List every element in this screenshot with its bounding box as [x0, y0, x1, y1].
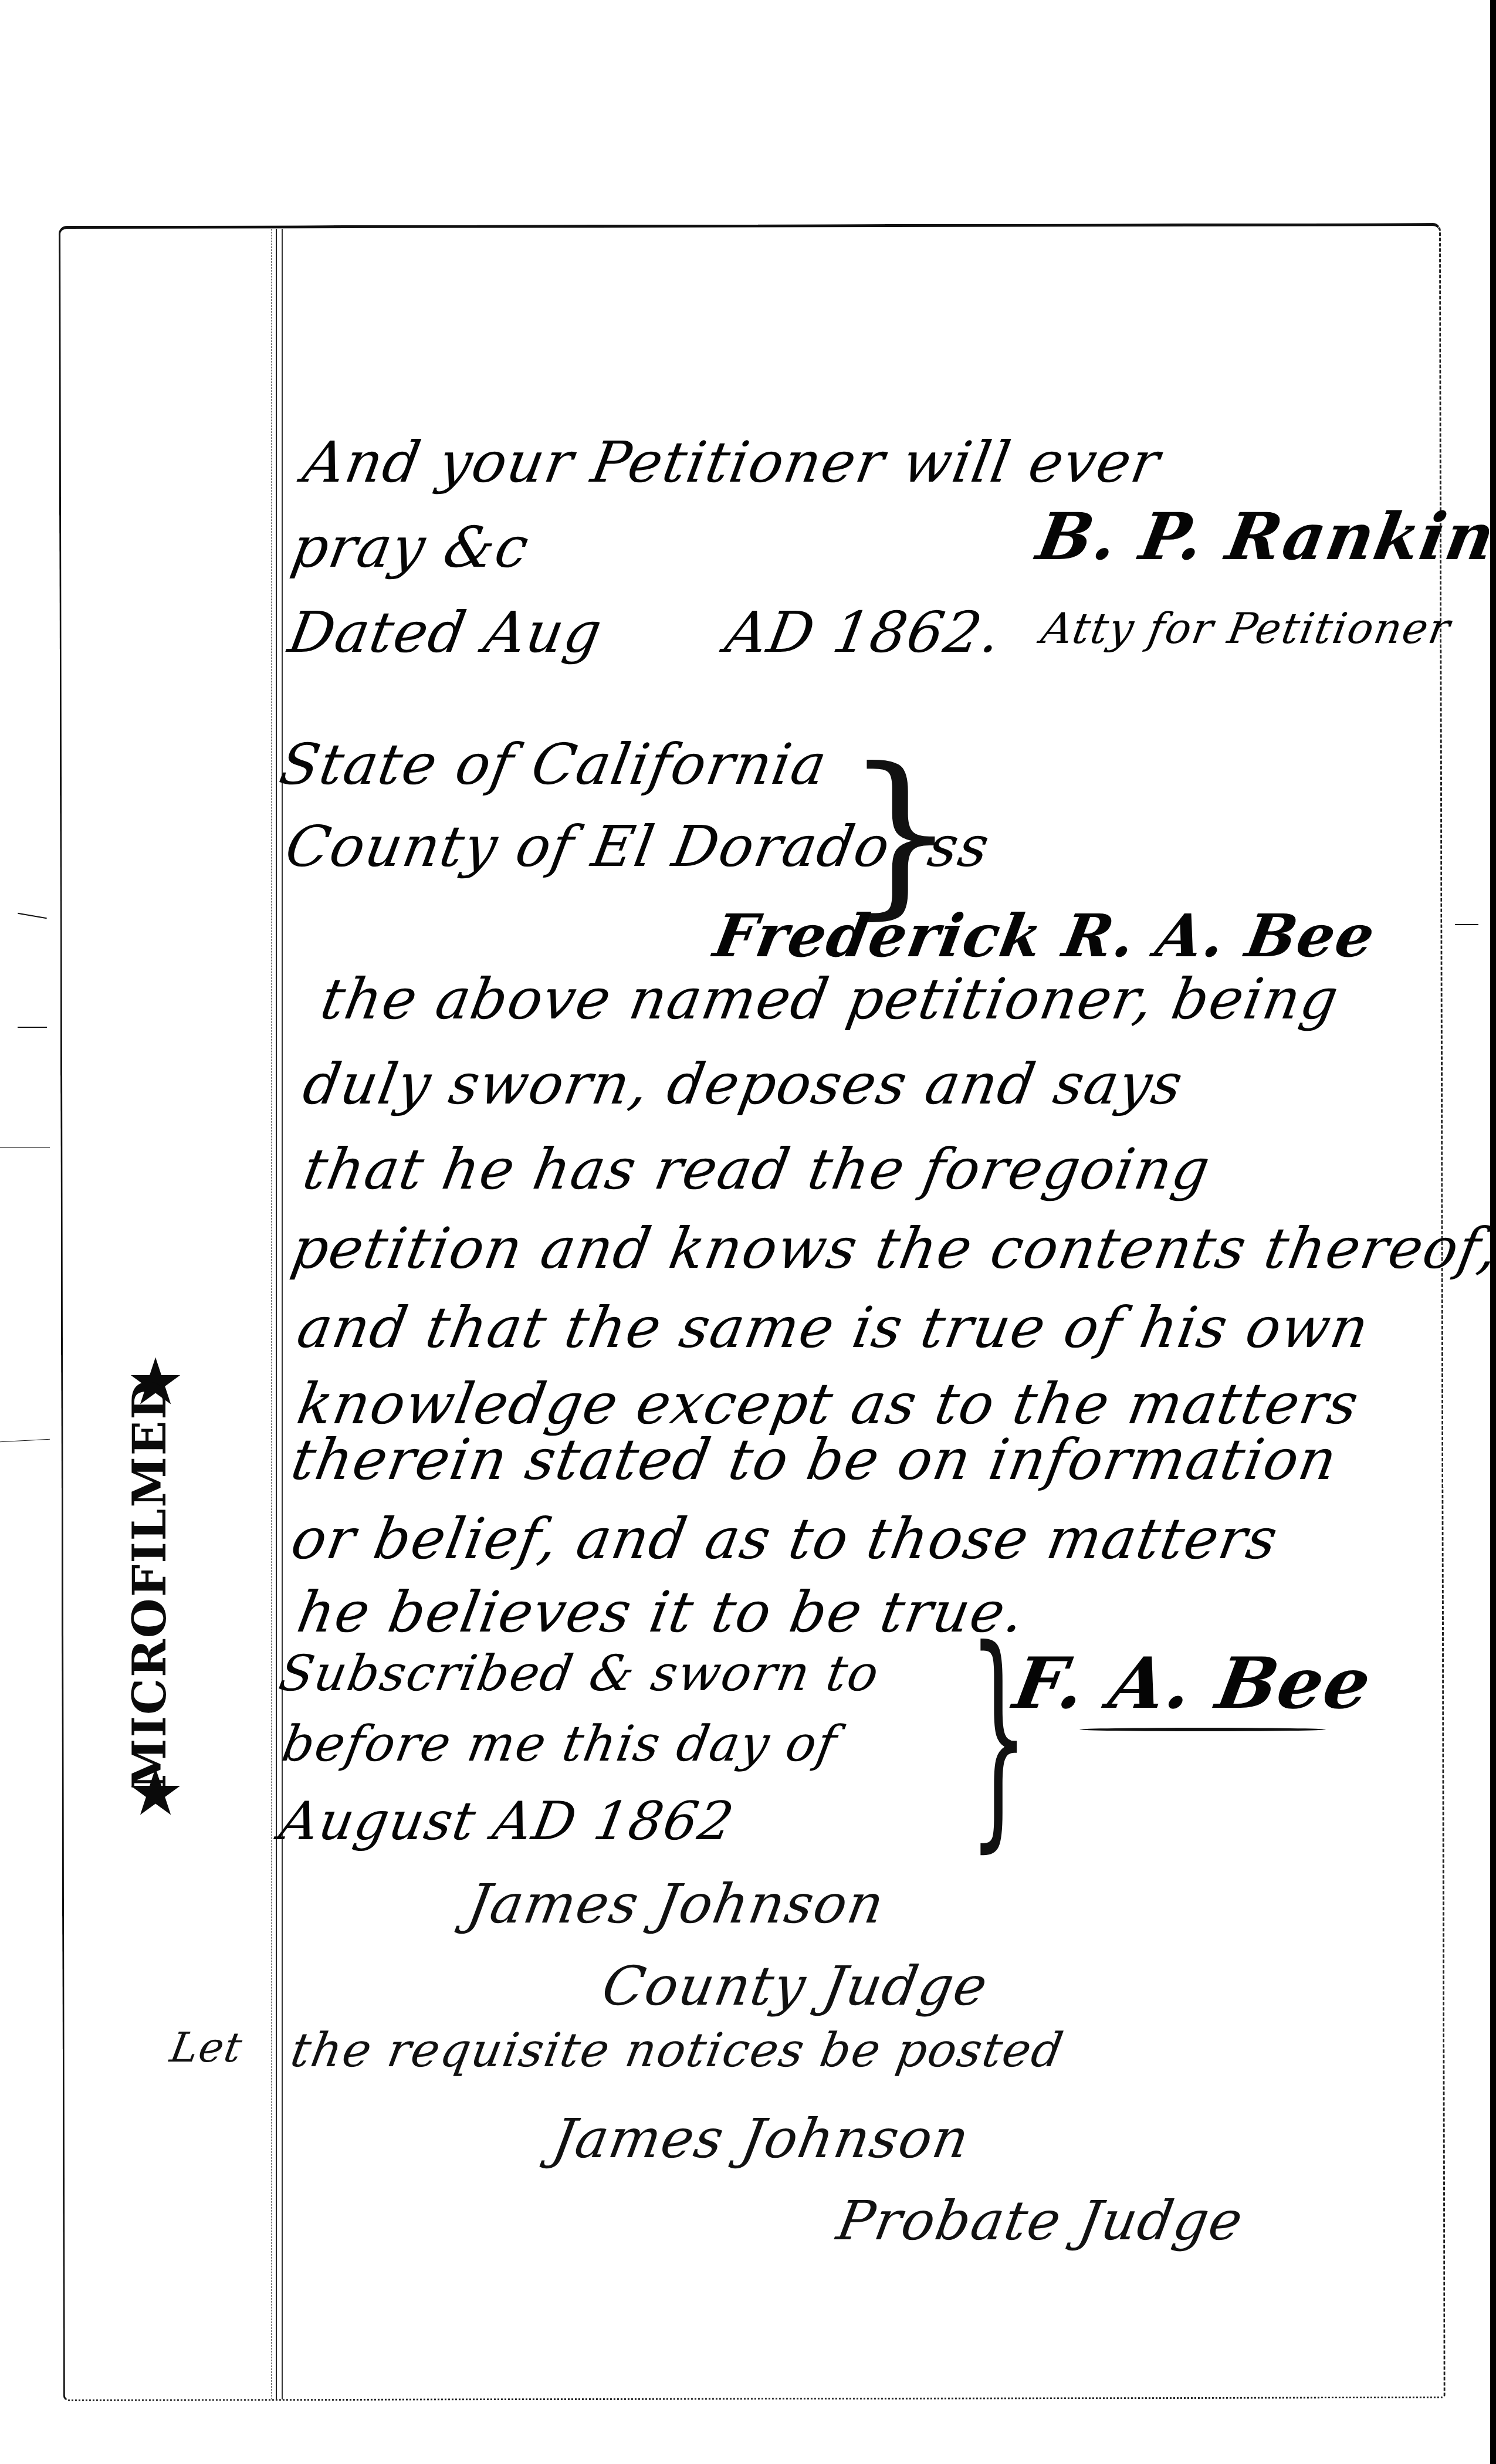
stray-mark [1455, 924, 1478, 925]
judge-name: James Johnson [549, 2112, 974, 2166]
affidavit-line: he believes it to be true. [293, 1584, 1029, 1640]
microfilm-stamp: ★ MICROFILMED ★ [111, 1373, 188, 1795]
attorney-title: Atty for Petitioner [1038, 607, 1454, 649]
affidavit-line: and that the same is true of his own [293, 1299, 1373, 1356]
affidavit-line: knowledge except as to the matters [293, 1376, 1363, 1432]
star-icon: ★ [123, 1760, 188, 1825]
affiant-name: Frederick R. A. Bee [710, 906, 1380, 965]
officer-name: James Johnson [463, 1877, 889, 1931]
judge-title: Probate Judge [833, 2194, 1247, 2248]
order-prefix: Let [167, 2027, 246, 2068]
affidavit-line: or belief, and as to those matters [287, 1511, 1282, 1567]
venue-ss: ss [924, 818, 994, 875]
jurat-brace: } [969, 1619, 1028, 1854]
affidavit-line: therein stated to be on information [287, 1431, 1342, 1488]
margin-rule-inner [271, 229, 272, 2399]
signature-underline [1079, 1728, 1326, 1731]
affidavit-line: duly sworn, deposes and says [299, 1056, 1187, 1112]
closing-line-2: pray &c [287, 519, 533, 576]
stray-mark [18, 913, 47, 919]
stray-mark [0, 1147, 50, 1148]
affiant-signature: F. A. Bee [1009, 1649, 1377, 1719]
venue-county: County of El Dorado [282, 818, 895, 875]
margin-rule [276, 229, 283, 2399]
stray-mark [0, 1439, 50, 1442]
dated-label: Dated Aug [285, 604, 607, 661]
affidavit-line: the above named petitioner, being [317, 971, 1343, 1027]
venue-state: State of California [276, 736, 831, 793]
affidavit-line: that he has read the foregoing [299, 1141, 1215, 1197]
attorney-signature: B. P. Rankin [1033, 505, 1496, 569]
jurat-line-2: before me this day of [279, 1719, 841, 1768]
officer-title: County Judge [598, 1959, 992, 2013]
order-text: the requisite notices be posted [287, 2027, 1067, 2074]
closing-line-1: And your Petitioner will ever [299, 434, 1165, 490]
stray-mark [18, 1027, 47, 1028]
microfilm-stamp-text: MICROFILMED [123, 1379, 177, 1789]
affidavit-line: petition and knows the contents thereof, [287, 1220, 1496, 1277]
dated-year: AD 1862. [722, 604, 1006, 661]
jurat-line-1: Subscribed & sworn to [276, 1649, 884, 1698]
jurat-line-3: August AD 1862 [276, 1795, 738, 1848]
